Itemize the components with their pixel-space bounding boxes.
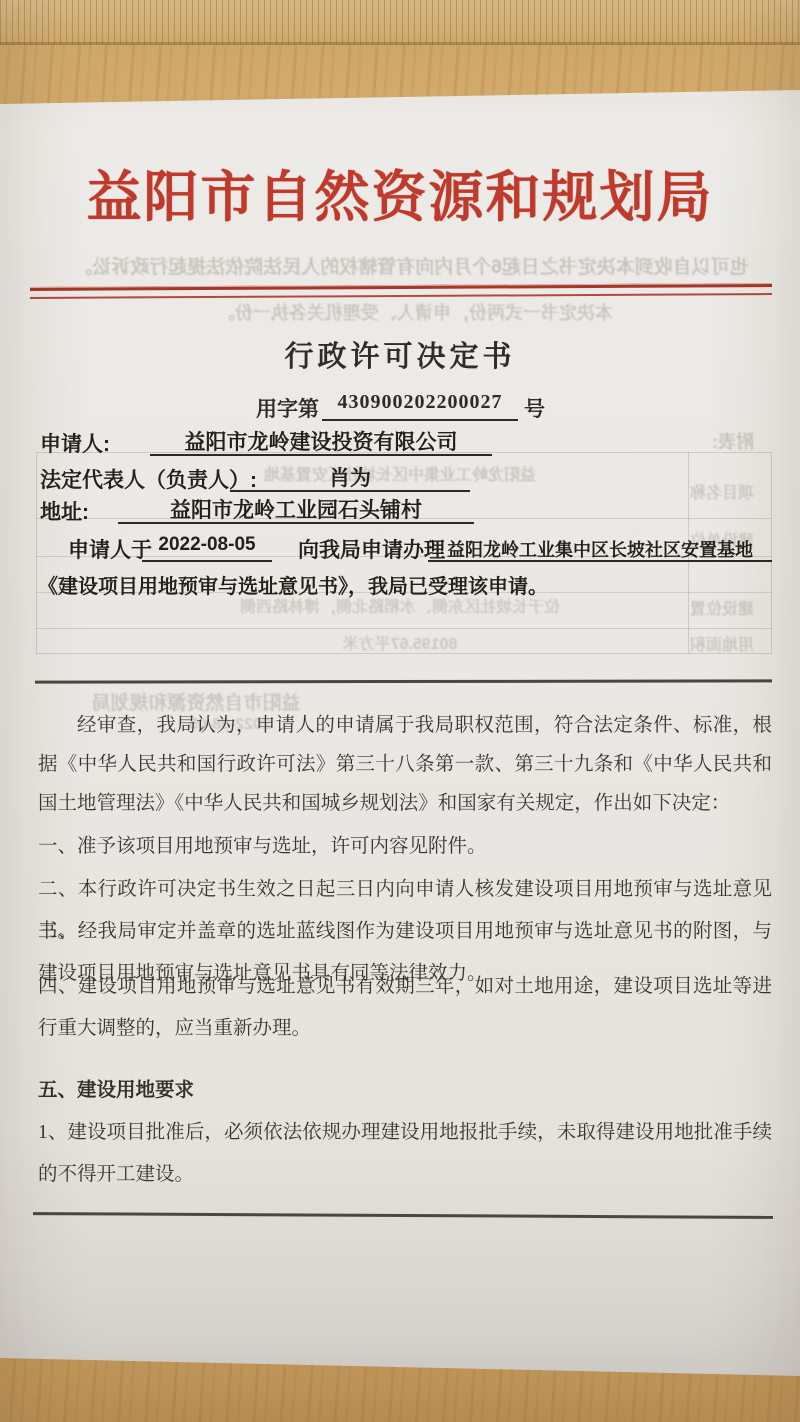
application-date: 2022-08-05 [142, 534, 272, 562]
decision-item-1: 一、准予该项目用地预审与选址，许可内容见附件。 [38, 826, 772, 868]
footer-rule [33, 1212, 773, 1218]
doc-number-suffix: 号 [524, 393, 545, 423]
bleed-copies-line: 本决定书一式两份，申请人、受理机关各执一份。 [200, 299, 630, 325]
legal-rep-value: 肖为 [230, 462, 470, 492]
application-prefix: 申请人于 [68, 534, 152, 564]
doc-number-value: 430900202200027 [322, 391, 518, 421]
address-label: 地址: [40, 496, 89, 526]
applicant-label: 申请人: [40, 428, 110, 458]
applicant-value: 益阳市龙岭建设投资有限公司 [150, 426, 492, 456]
applicant-row: 申请人: 益阳市龙岭建设投资有限公司 [0, 426, 800, 462]
decision-intro-paragraph: 经审查，我局认为，申请人的申请属于我局职权范围，符合法定条件、标准，根据《中华人… [38, 706, 772, 823]
bleed-table-row-line [36, 628, 772, 629]
photo-of-document: { "header": { "bureau": "益阳市自然资源和规划局" },… [0, 0, 800, 1422]
letterhead-red-rule-thin [30, 293, 772, 298]
bleed-table-label: 建设位置 [690, 596, 754, 619]
wood-board-edge [0, 0, 800, 45]
bureau-letterhead-title: 益阳市自然资源和规划局 [0, 153, 800, 232]
section-divider-rule [35, 679, 772, 683]
application-date-row: 申请人于 2022-08-05 向我局申请办理 益阳龙岭工业集中区长坡社区安置基… [0, 532, 800, 568]
document-paper: 也可以自收到本决定书之日起6个月内向有管辖权的人民法院依法提起行政诉讼。 本决定… [0, 0, 800, 1422]
letterhead-red-rule-thick [30, 283, 772, 291]
address-value: 益阳市龙岭工业园石头铺村 [118, 494, 474, 524]
doc-number-prefix: 用字第 [256, 393, 319, 423]
application-project: 益阳龙岭工业集中区长坡社区安置基地 [428, 536, 772, 562]
address-row: 地址: 益阳市龙岭工业园石头铺村 [0, 494, 800, 530]
bleed-appeal-line: 也可以自收到本决定书之日起6个月内向有管辖权的人民法院依法提起行政诉讼。 [56, 252, 766, 279]
decision-item-4: 四、建设项目用地预审与选址意见书有效期三年，如对土地用途，建设项目选址等进行重大… [38, 966, 772, 1050]
acceptance-line: 《建设项目用地预审与选址意见书》，我局已受理该申请。 [38, 570, 768, 599]
requirements-heading: 五、建设用地要求 [38, 1070, 772, 1112]
document-title: 行政许可决定书 [0, 334, 800, 375]
bleed-table-label: 用地面积 [690, 632, 754, 655]
requirements-item-1: 1、建设项目批准后，必须依法依规办理建设用地报批手续，未取得建设用地批准手续的不… [38, 1112, 772, 1196]
document-number-row: 用字第 430900202200027 号 [0, 391, 800, 425]
legal-rep-label: 法定代表人（负责人）: [40, 464, 257, 494]
bleed-table-area: 80195.67平方米 [220, 631, 580, 654]
legal-rep-row: 法定代表人（负责人）: 肖为 [0, 462, 800, 498]
application-middle: 向我局申请办理 [298, 534, 445, 564]
